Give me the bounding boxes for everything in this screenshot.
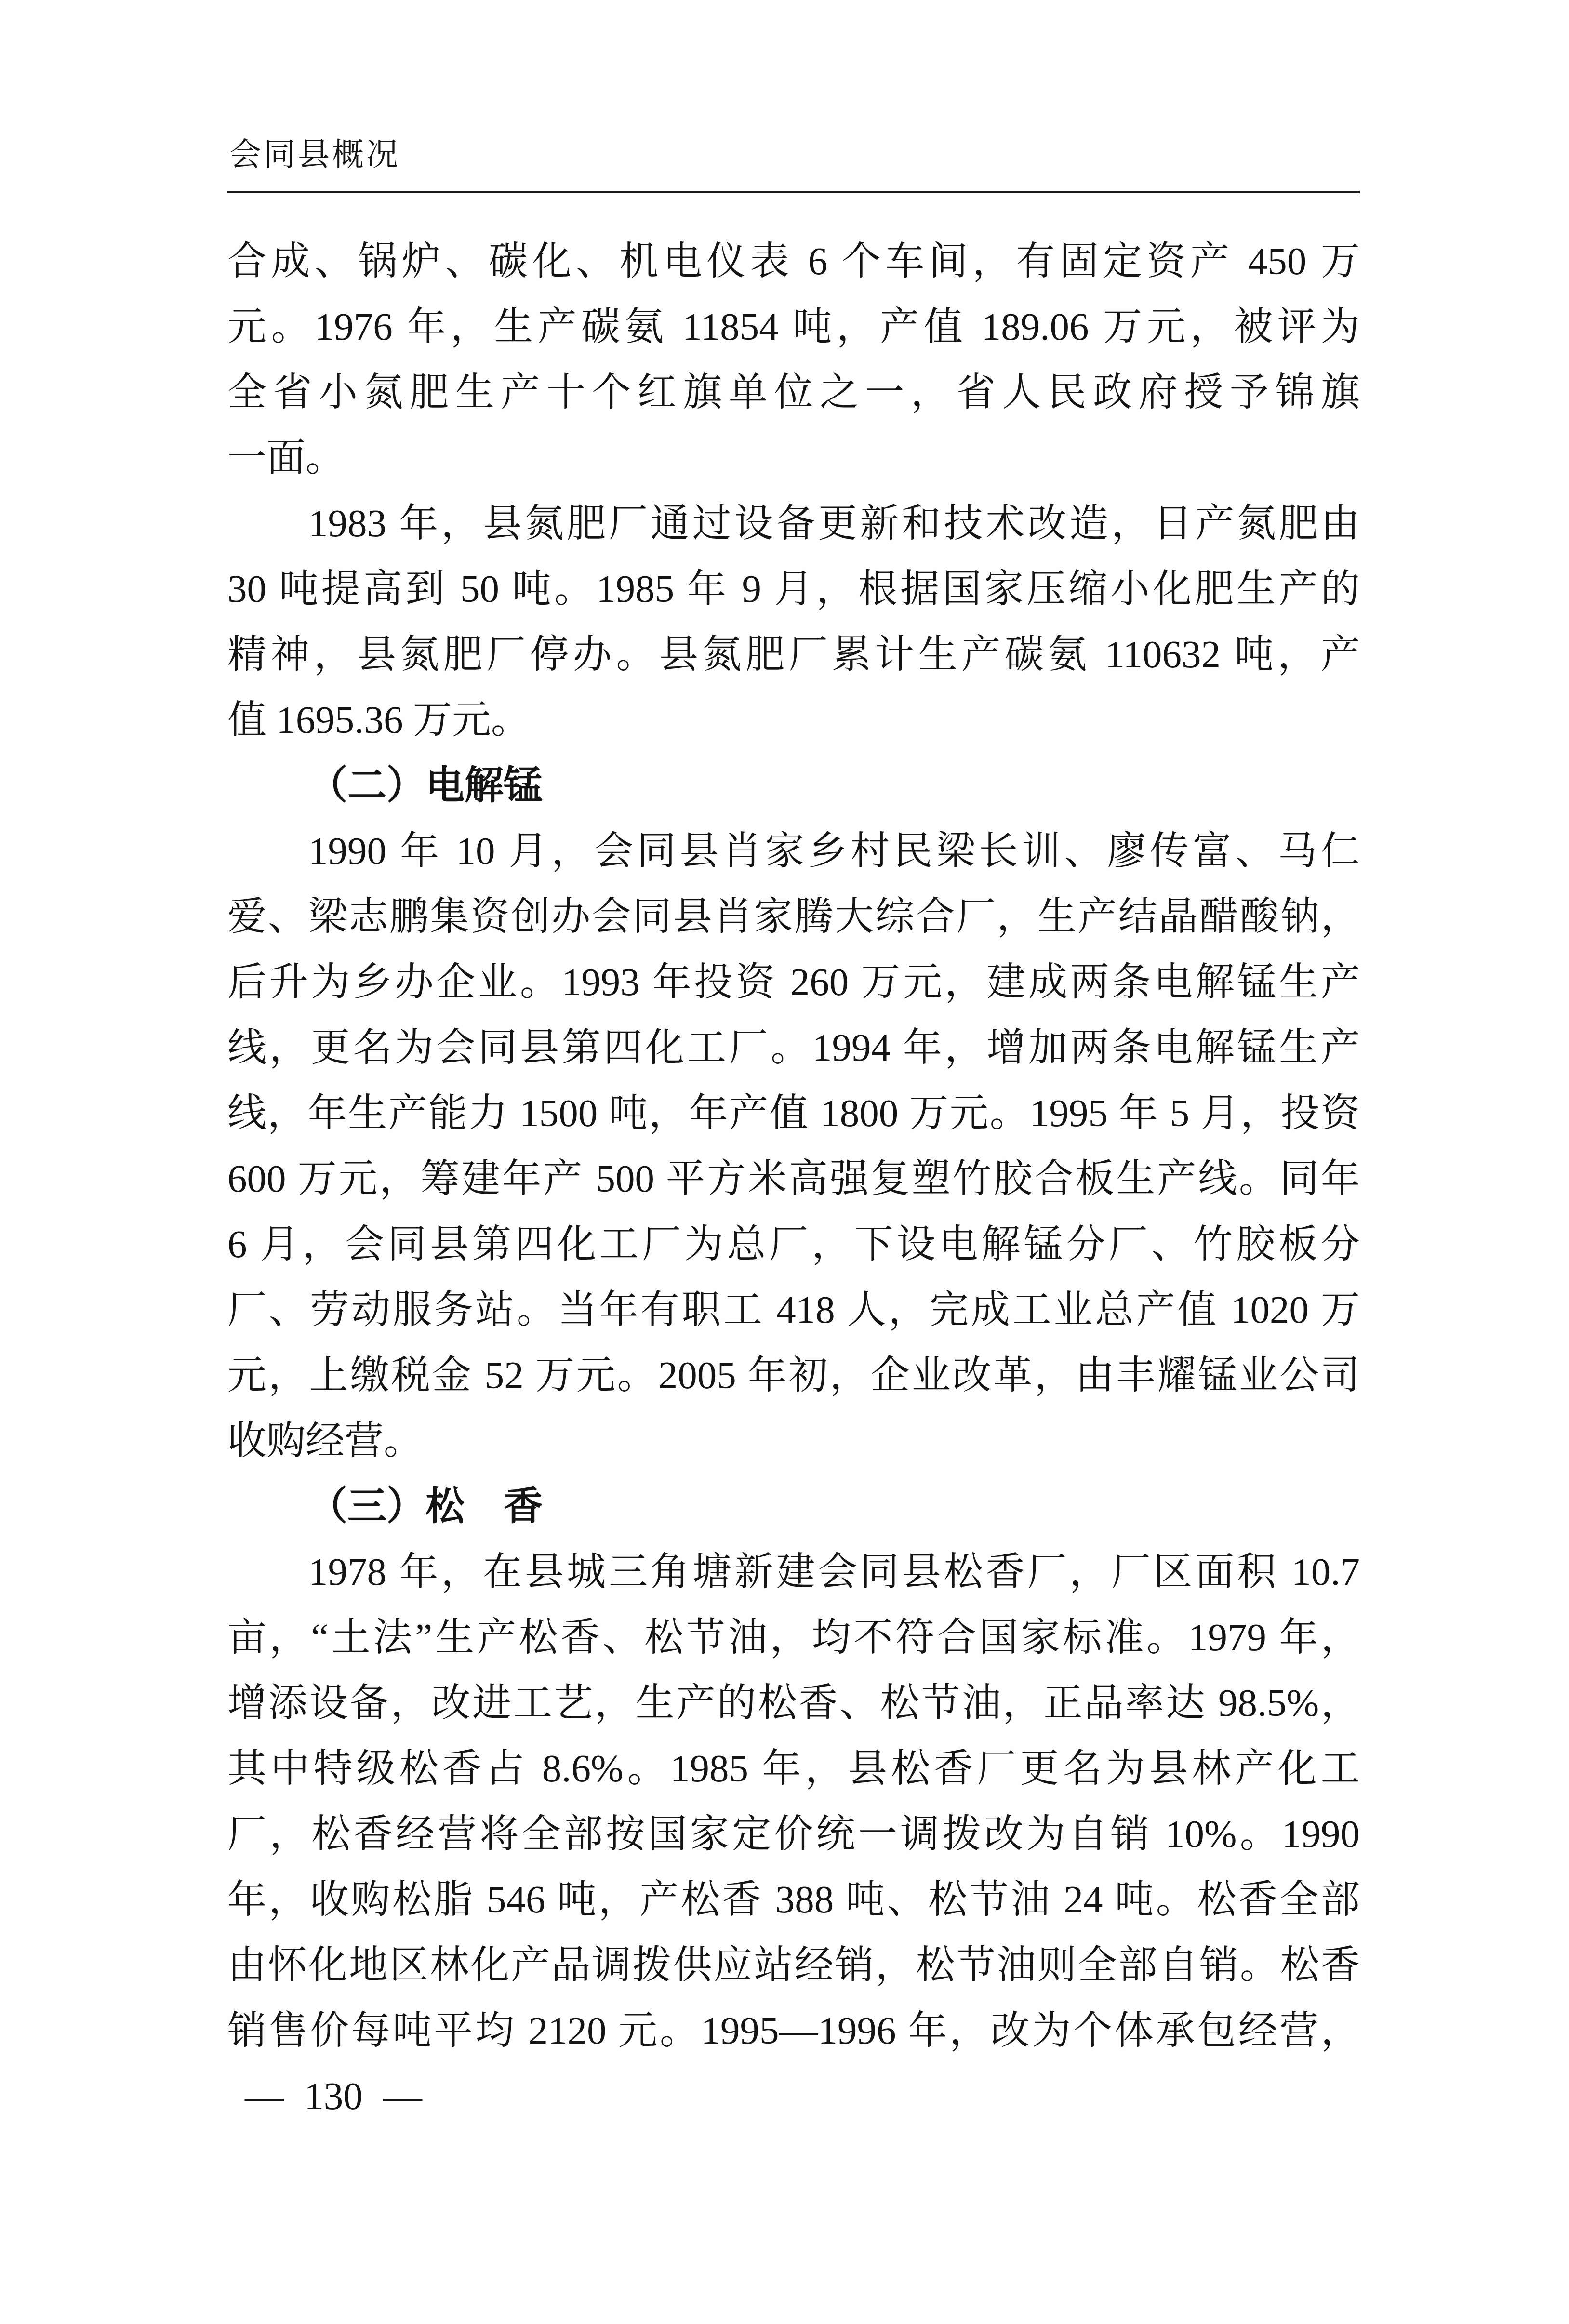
text-line: 精神，县氮肥厂停办。县氮肥厂累计生产碳氨 110632 吨，产	[227, 622, 1360, 687]
book-page: 会同县概况 合成、锅炉、碳化、机电仪表 6 个车间，有固定资产 450 万 元。…	[0, 0, 1569, 2324]
text-line: 爱、梁志鹏集资创办会同县肖家腾大综合厂，生产结晶醋酸钠，	[227, 884, 1360, 949]
section-title: 电解锰	[425, 764, 543, 807]
text-line: 1990 年 10 月，会同县肖家乡村民梁长训、廖传富、马仁	[227, 818, 1360, 884]
section-heading-rosin: （三）松 香	[227, 1474, 1360, 1539]
text-line: 1983 年，县氮肥厂通过设备更新和技术改造，日产氮肥由	[227, 491, 1360, 556]
text-line: 元，上缴税金 52 万元。2005 年初，企业改革，由丰耀锰业公司	[227, 1342, 1360, 1408]
text-line: 全省小氮肥生产十个红旗单位之一，省人民政府授予锦旗	[227, 359, 1360, 425]
paragraph-nitrogen-plant-1983: 1983 年，县氮肥厂通过设备更新和技术改造，日产氮肥由 30 吨提高到 50 …	[227, 491, 1360, 753]
text-line: 其中特级松香占 8.6%。1985 年，县松香厂更名为县林产化工	[227, 1736, 1360, 1801]
paragraph-nitrogen-plant-assets: 合成、锅炉、碳化、机电仪表 6 个车间，有固定资产 450 万 元。1976 年…	[227, 228, 1360, 491]
header-rule	[227, 191, 1360, 193]
text-line: 销售价每吨平均 2120 元。1995—1996 年，改为个体承包经营，	[227, 1998, 1360, 2063]
text-line: 1978 年，在县城三角塘新建会同县松香厂，厂区面积 10.7	[227, 1539, 1360, 1605]
paragraph-rosin: 1978 年，在县城三角塘新建会同县松香厂，厂区面积 10.7 亩，“土法”生产…	[227, 1539, 1360, 2063]
text-line: 值 1695.36 万元。	[227, 687, 1360, 753]
page-number: — 130 —	[227, 2063, 1360, 2129]
text-line: 6 月，会同县第四化工厂为总厂，下设电解锰分厂、竹胶板分	[227, 1211, 1360, 1277]
text-line: 亩，“土法”生产松香、松节油，均不符合国家标准。1979 年，	[227, 1605, 1360, 1670]
text-line: 线，年生产能力 1500 吨，年产值 1800 万元。1995 年 5 月，投资	[227, 1080, 1360, 1146]
running-header: 会同县概况	[229, 136, 400, 174]
body-text: 合成、锅炉、碳化、机电仪表 6 个车间，有固定资产 450 万 元。1976 年…	[227, 228, 1360, 2129]
paragraph-electrolytic-manganese: 1990 年 10 月，会同县肖家乡村民梁长训、廖传富、马仁 爱、梁志鹏集资创办…	[227, 818, 1360, 1474]
section-number: （三）	[308, 1485, 425, 1528]
text-line: 收购经营。	[227, 1408, 1360, 1474]
text-line: 后升为乡办企业。1993 年投资 260 万元，建成两条电解锰生产	[227, 949, 1360, 1015]
text-line: 厂，松香经营将全部按国家定价统一调拨改为自销 10%。1990	[227, 1801, 1360, 1867]
text-line: 增添设备，改进工艺，生产的松香、松节油，正品率达 98.5%，	[227, 1670, 1360, 1736]
text-line: 合成、锅炉、碳化、机电仪表 6 个车间，有固定资产 450 万	[227, 228, 1360, 294]
text-line: 线，更名为会同县第四化工厂。1994 年，增加两条电解锰生产	[227, 1015, 1360, 1080]
text-line: 年，收购松脂 546 吨，产松香 388 吨、松节油 24 吨。松香全部	[227, 1867, 1360, 1932]
text-line: 厂、劳动服务站。当年有职工 418 人，完成工业总产值 1020 万	[227, 1277, 1360, 1342]
text-line: 元。1976 年，生产碳氨 11854 吨，产值 189.06 万元，被评为	[227, 294, 1360, 359]
section-heading-electrolytic-manganese: （二）电解锰	[227, 753, 1360, 818]
text-line: 由怀化地区林化产品调拨供应站经销，松节油则全部自销。松香	[227, 1932, 1360, 1998]
text-line: 30 吨提高到 50 吨。1985 年 9 月，根据国家压缩小化肥生产的	[227, 556, 1360, 622]
text-line: 一面。	[227, 425, 1360, 491]
section-title: 松 香	[425, 1485, 543, 1528]
section-number: （二）	[308, 764, 425, 807]
text-line: 600 万元，筹建年产 500 平方米高强复塑竹胶合板生产线。同年	[227, 1146, 1360, 1211]
